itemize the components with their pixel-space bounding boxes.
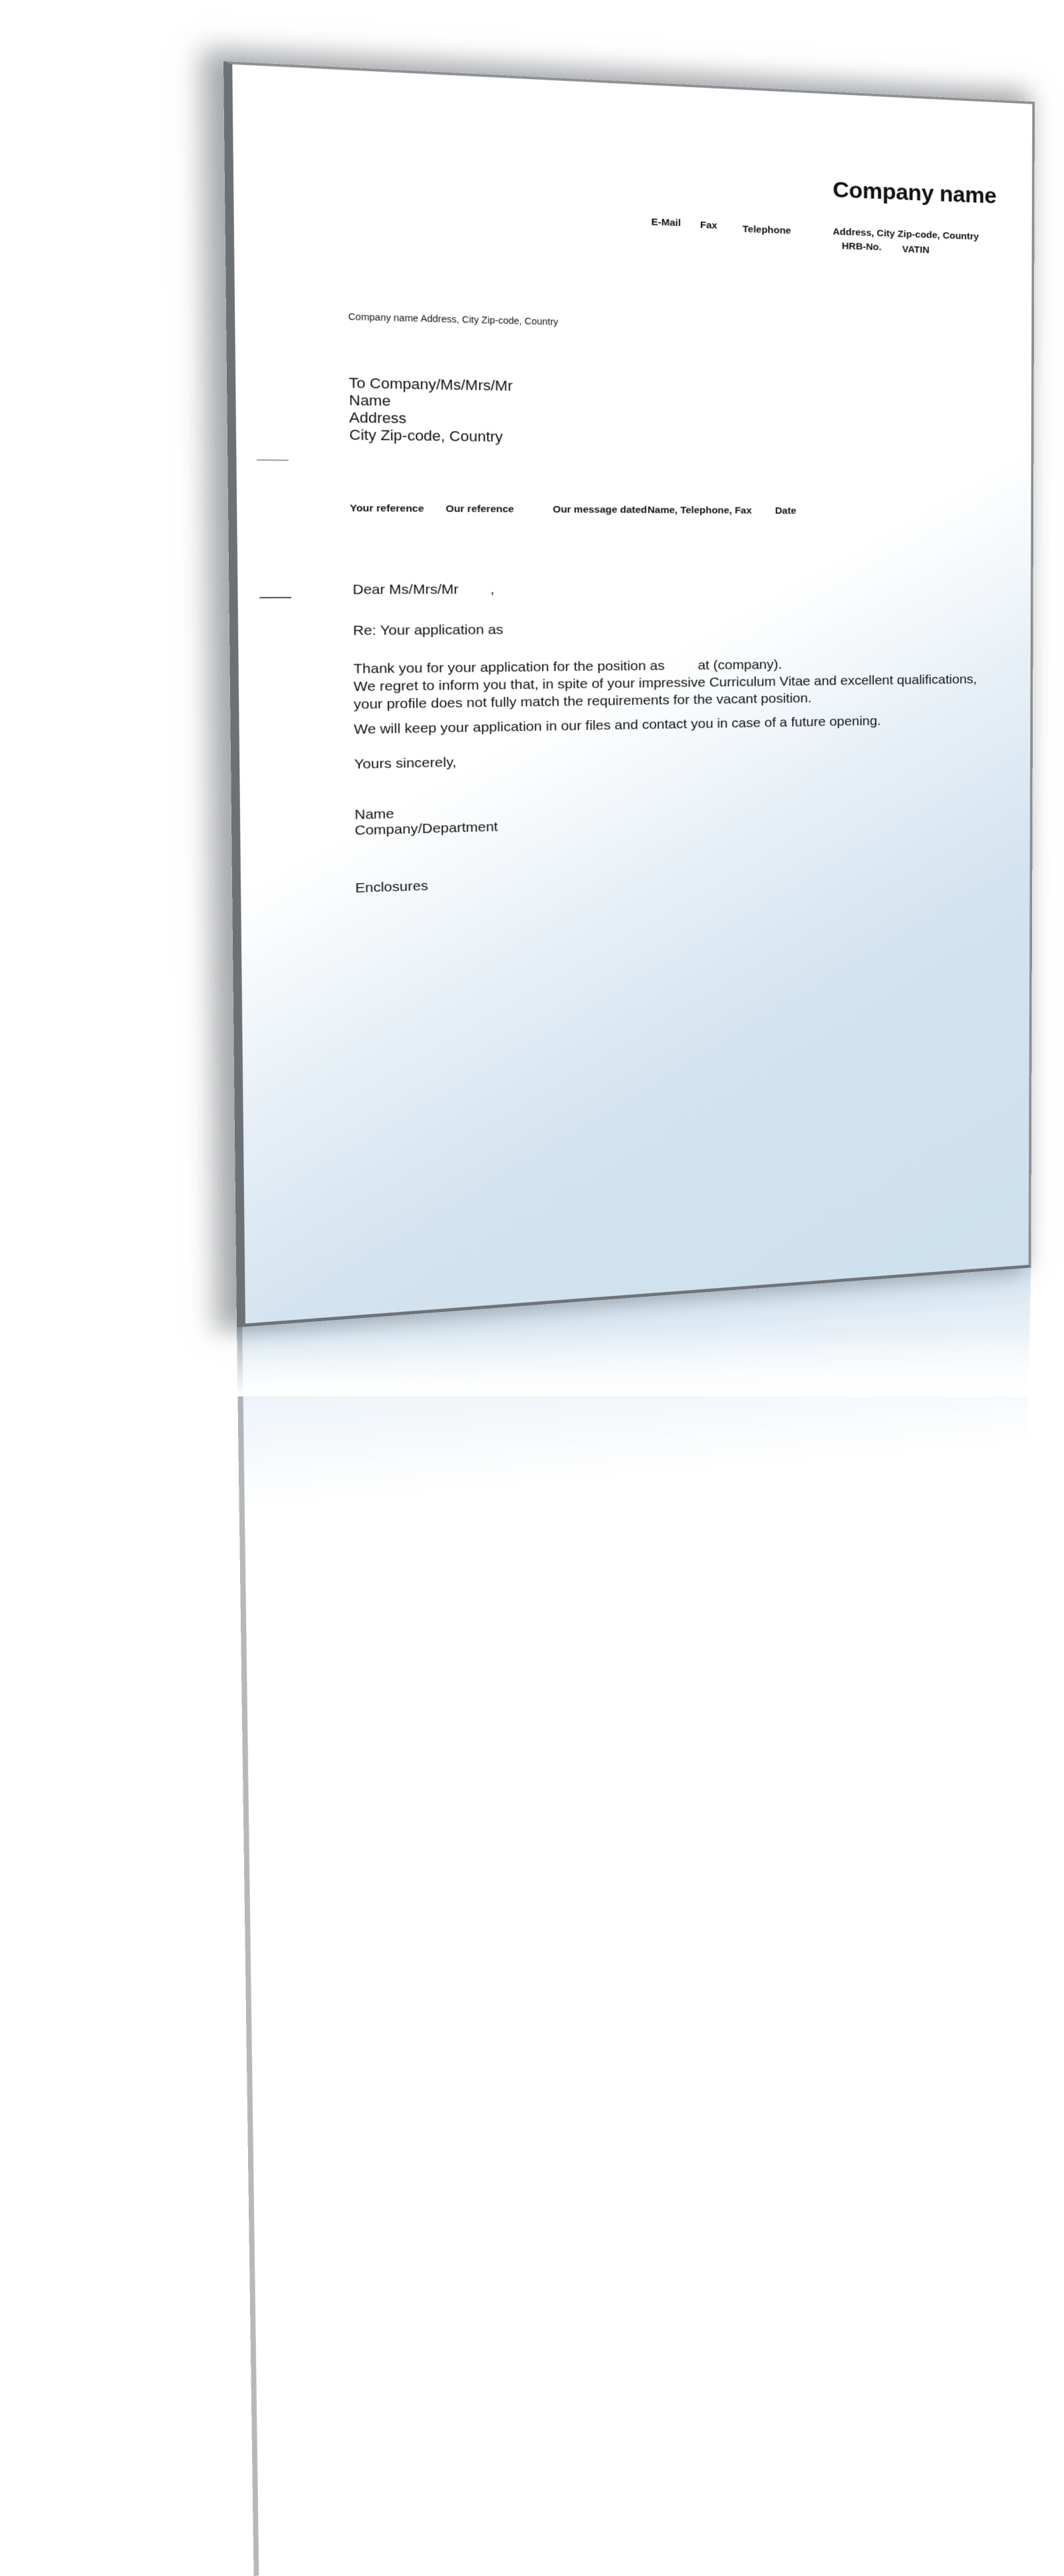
reference-your-reference: Your reference bbox=[350, 503, 424, 515]
letterhead-vatin-label: VATIN bbox=[902, 244, 930, 256]
salutation-text: Dear Ms/Mrs/Mr bbox=[352, 582, 458, 597]
paragraph-1-line-1-start: Thank you for your application for the p… bbox=[353, 658, 664, 676]
recipient-line-city: City Zip-code, Country bbox=[349, 426, 513, 446]
reference-contact: Name, Telephone, Fax bbox=[648, 505, 752, 516]
letterhead-email-label: E-Mail bbox=[651, 217, 681, 229]
letterhead-address: Address, City Zip-code, Country bbox=[833, 226, 979, 242]
letter-signature-block: Name Company/Department bbox=[354, 804, 498, 839]
letter-paragraph-2: We will keep your application in our fil… bbox=[354, 713, 881, 737]
letterhead-fax-label: Fax bbox=[700, 219, 718, 231]
recipient-line-name: Name bbox=[349, 392, 513, 412]
letter-page: Company name E-Mail Fax Telephone Addres… bbox=[223, 61, 1035, 1327]
reference-our-reference: Our reference bbox=[446, 503, 514, 515]
signature-department: Company/Department bbox=[354, 819, 498, 838]
recipient-address-block: To Company/Ms/Mrs/Mr Name Address City Z… bbox=[348, 374, 513, 446]
reference-our-message-dated: Our message dated bbox=[553, 504, 647, 515]
letterhead-hrb-label: HRB-No. bbox=[842, 241, 882, 253]
paragraph-1-line-1-end: at (company). bbox=[698, 658, 782, 673]
letterhead-company-name: Company name bbox=[833, 178, 996, 209]
salutation-comma: , bbox=[490, 582, 494, 597]
recipient-line-address: Address bbox=[349, 409, 513, 428]
letter-closing: Yours sincerely, bbox=[354, 755, 456, 773]
letterhead-telephone-label: Telephone bbox=[743, 223, 791, 236]
reference-date: Date bbox=[775, 505, 797, 516]
letter-subject: Re: Your application as bbox=[353, 622, 503, 639]
return-address-line: Company name Address, City Zip-code, Cou… bbox=[348, 311, 559, 327]
fold-mark-upper bbox=[257, 459, 289, 461]
fold-mark-lower bbox=[259, 597, 291, 598]
letter-enclosures: Enclosures bbox=[355, 878, 428, 896]
letter-salutation: Dear Ms/Mrs/Mr, bbox=[352, 582, 494, 598]
document-preview-stage: Company name E-Mail Fax Telephone Addres… bbox=[0, 0, 1064, 1396]
letter-paragraph-1: Thank you for your application for the p… bbox=[353, 654, 977, 713]
